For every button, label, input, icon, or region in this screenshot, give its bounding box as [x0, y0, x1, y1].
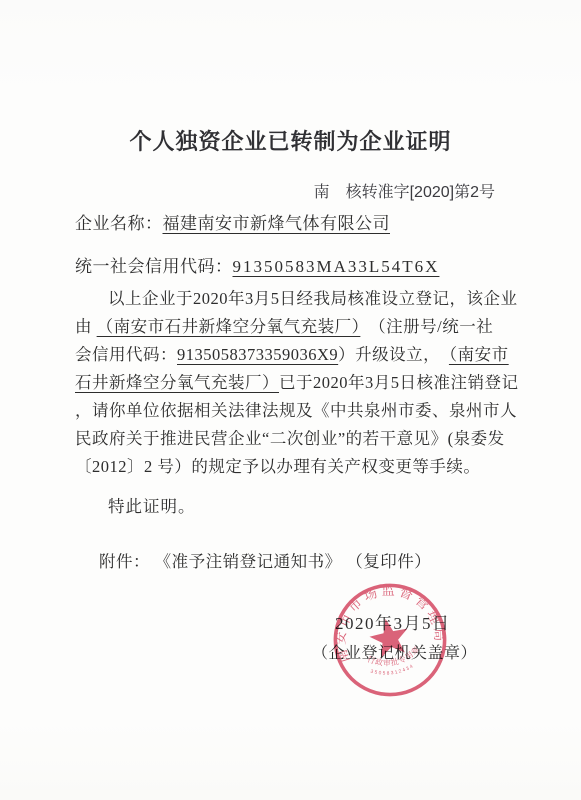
document-title: 个人独资企业已转制为企业证明	[0, 125, 581, 156]
body-line: 会信用代码：9135058373359036X9）升级设立， （南安市	[75, 341, 515, 369]
company-name-row: 企业名称：福建南安市新烽气体有限公司	[75, 209, 390, 234]
body-text: 已于2020年3月5日核准注销登记	[279, 373, 519, 392]
body-text: ，请你单位依据相关法律法规及《中共泉州市委、泉州市人	[75, 401, 517, 420]
seal-star-icon	[367, 615, 413, 659]
credit-code-value: 91350583MA33L54T6X	[233, 257, 440, 276]
credit-code-row: 统一社会信用代码：91350583MA33L54T6X	[75, 252, 439, 277]
official-seal: 南安市市场监督管理局 行政审批专用章 35058312434	[319, 569, 461, 711]
reference-number: 南 核转准字[2020]第2号	[314, 179, 495, 202]
body-line: ，请你单位依据相关法律法规及《中共泉州市委、泉州市人	[75, 397, 515, 425]
body-line: 〔2012〕2 号）的规定予以办理有关产权变更等手续。	[75, 453, 515, 481]
underlined-text: （南安市	[449, 345, 509, 364]
body-line: 石井新烽空分氧气充装厂）已于2020年3月5日核准注销登记	[75, 369, 515, 397]
body-text: 由	[75, 317, 97, 336]
body-line: 民政府关于推进民营企业“二次创业”的若干意见》(泉委发	[75, 425, 515, 453]
company-name-value: 福建南安市新烽气体有限公司	[163, 214, 391, 233]
body-paragraph: 以上企业于2020年3月5日经我局核准设立登记，该企业由 （南安市石井新烽空分氧…	[75, 285, 515, 481]
body-line: 以上企业于2020年3月5日经我局核准设立登记，该企业	[75, 285, 515, 313]
body-text: 〔2012〕2 号）的规定予以办理有关产权变更等手续。	[75, 457, 480, 476]
body-line: 由 （南安市石井新烽空分氧气充装厂） （注册号/统一社	[75, 313, 515, 341]
underlined-text: 石井新烽空分氧气充装厂）	[75, 373, 279, 392]
body-text: （注册号/统一社	[360, 317, 493, 336]
document-page: 个人独资企业已转制为企业证明 南 核转准字[2020]第2号 企业名称：福建南安…	[0, 0, 581, 800]
underlined-text: （南安市石井新烽空分氧气充装厂）	[97, 317, 361, 336]
closing-statement: 特此证明。	[108, 493, 196, 517]
attachment-note: 附件： 《准予注销登记通知书》 （复印件）	[99, 548, 431, 572]
company-name-label: 企业名称：	[75, 214, 163, 233]
body-text: 以上企业于2020年3月5日经我局核准设立登记，该企业	[108, 289, 518, 308]
body-text: 会信用代码：	[75, 345, 177, 364]
underlined-text: 9135058373359036X9	[177, 345, 338, 364]
body-text: ）升级设立，	[338, 345, 449, 364]
credit-code-label: 统一社会信用代码：	[75, 257, 233, 276]
body-text: 民政府关于推进民营企业“二次创业”的若干意见》(泉委发	[75, 429, 505, 448]
